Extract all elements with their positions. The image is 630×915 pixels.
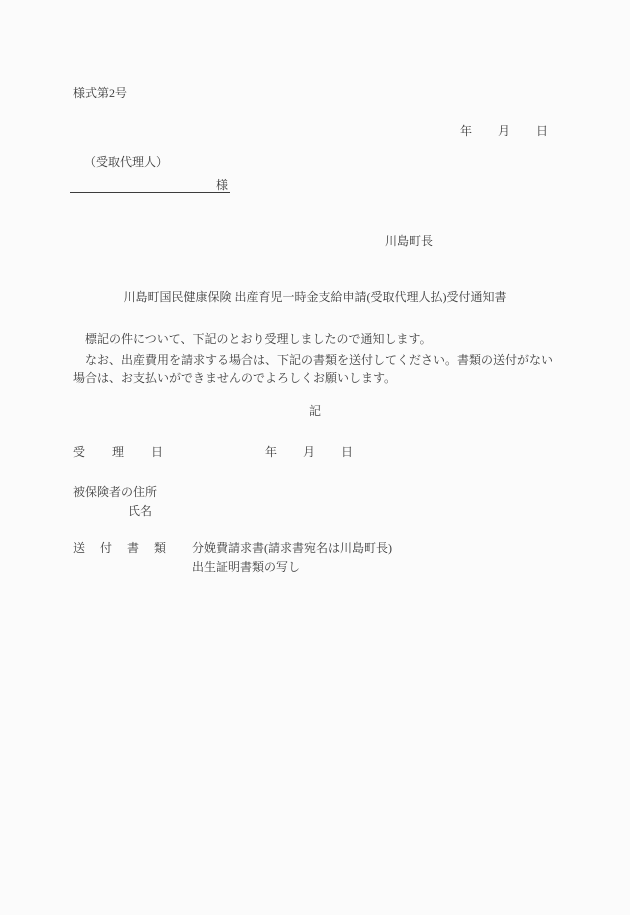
reception-date-day-label: 日 [341,445,353,460]
reception-date-label-char: 日 [151,445,163,460]
recipient-role-label: （受取代理人） [84,155,168,170]
reception-date-label-char: 受 [73,445,85,460]
issue-date-line: 年 月 日 [460,124,548,139]
reception-date-value: 年 月 日 [265,445,353,460]
body-paragraph-line: 場合は、お支払いができませんのでよろしくお願いします。 [73,371,396,386]
insured-address-label: 被保険者の住所 [73,485,157,500]
issue-date-year-label: 年 [460,124,472,139]
list-section-marker: 記 [0,404,630,419]
attachment-item: 出生証明書類の写し [192,560,300,575]
attachments-label-char: 類 [154,541,166,556]
recipient-name-blank-line: 様 [70,178,230,193]
insured-name-label: 氏名 [128,504,152,519]
sender-name: 川島町長 [385,234,433,249]
reception-date-label-char: 理 [112,445,124,460]
body-paragraph-line: なお、出産費用を請求する場合は、下記の書類を送付してください。書類の送付がない [73,353,553,368]
attachments-label-char: 付 [100,541,112,556]
attachments-label-char: 書 [127,541,139,556]
form-number: 様式第2号 [73,86,127,101]
notification-document-page: 様式第2号 年 月 日 （受取代理人） 様 川島町長 川島町国民健康保険 出産育… [0,0,630,915]
reception-date-month-label: 月 [303,445,315,460]
attachment-item: 分娩費請求書(請求書宛名は川島町長) [192,541,392,556]
reception-date-label: 受 理 日 [73,445,163,460]
attachments-label-char: 送 [73,541,85,556]
issue-date-day-label: 日 [536,124,548,139]
recipient-honorific: 様 [216,178,228,192]
attachments-label: 送 付 書 類 [73,541,166,556]
document-title: 川島町国民健康保険 出産育児一時金支給申請(受取代理人払)受付通知書 [0,290,630,305]
reception-date-year-label: 年 [265,445,277,460]
body-paragraph-line: 標記の件について、下記のとおり受理しましたので通知します。 [73,332,432,347]
issue-date-month-label: 月 [498,124,510,139]
